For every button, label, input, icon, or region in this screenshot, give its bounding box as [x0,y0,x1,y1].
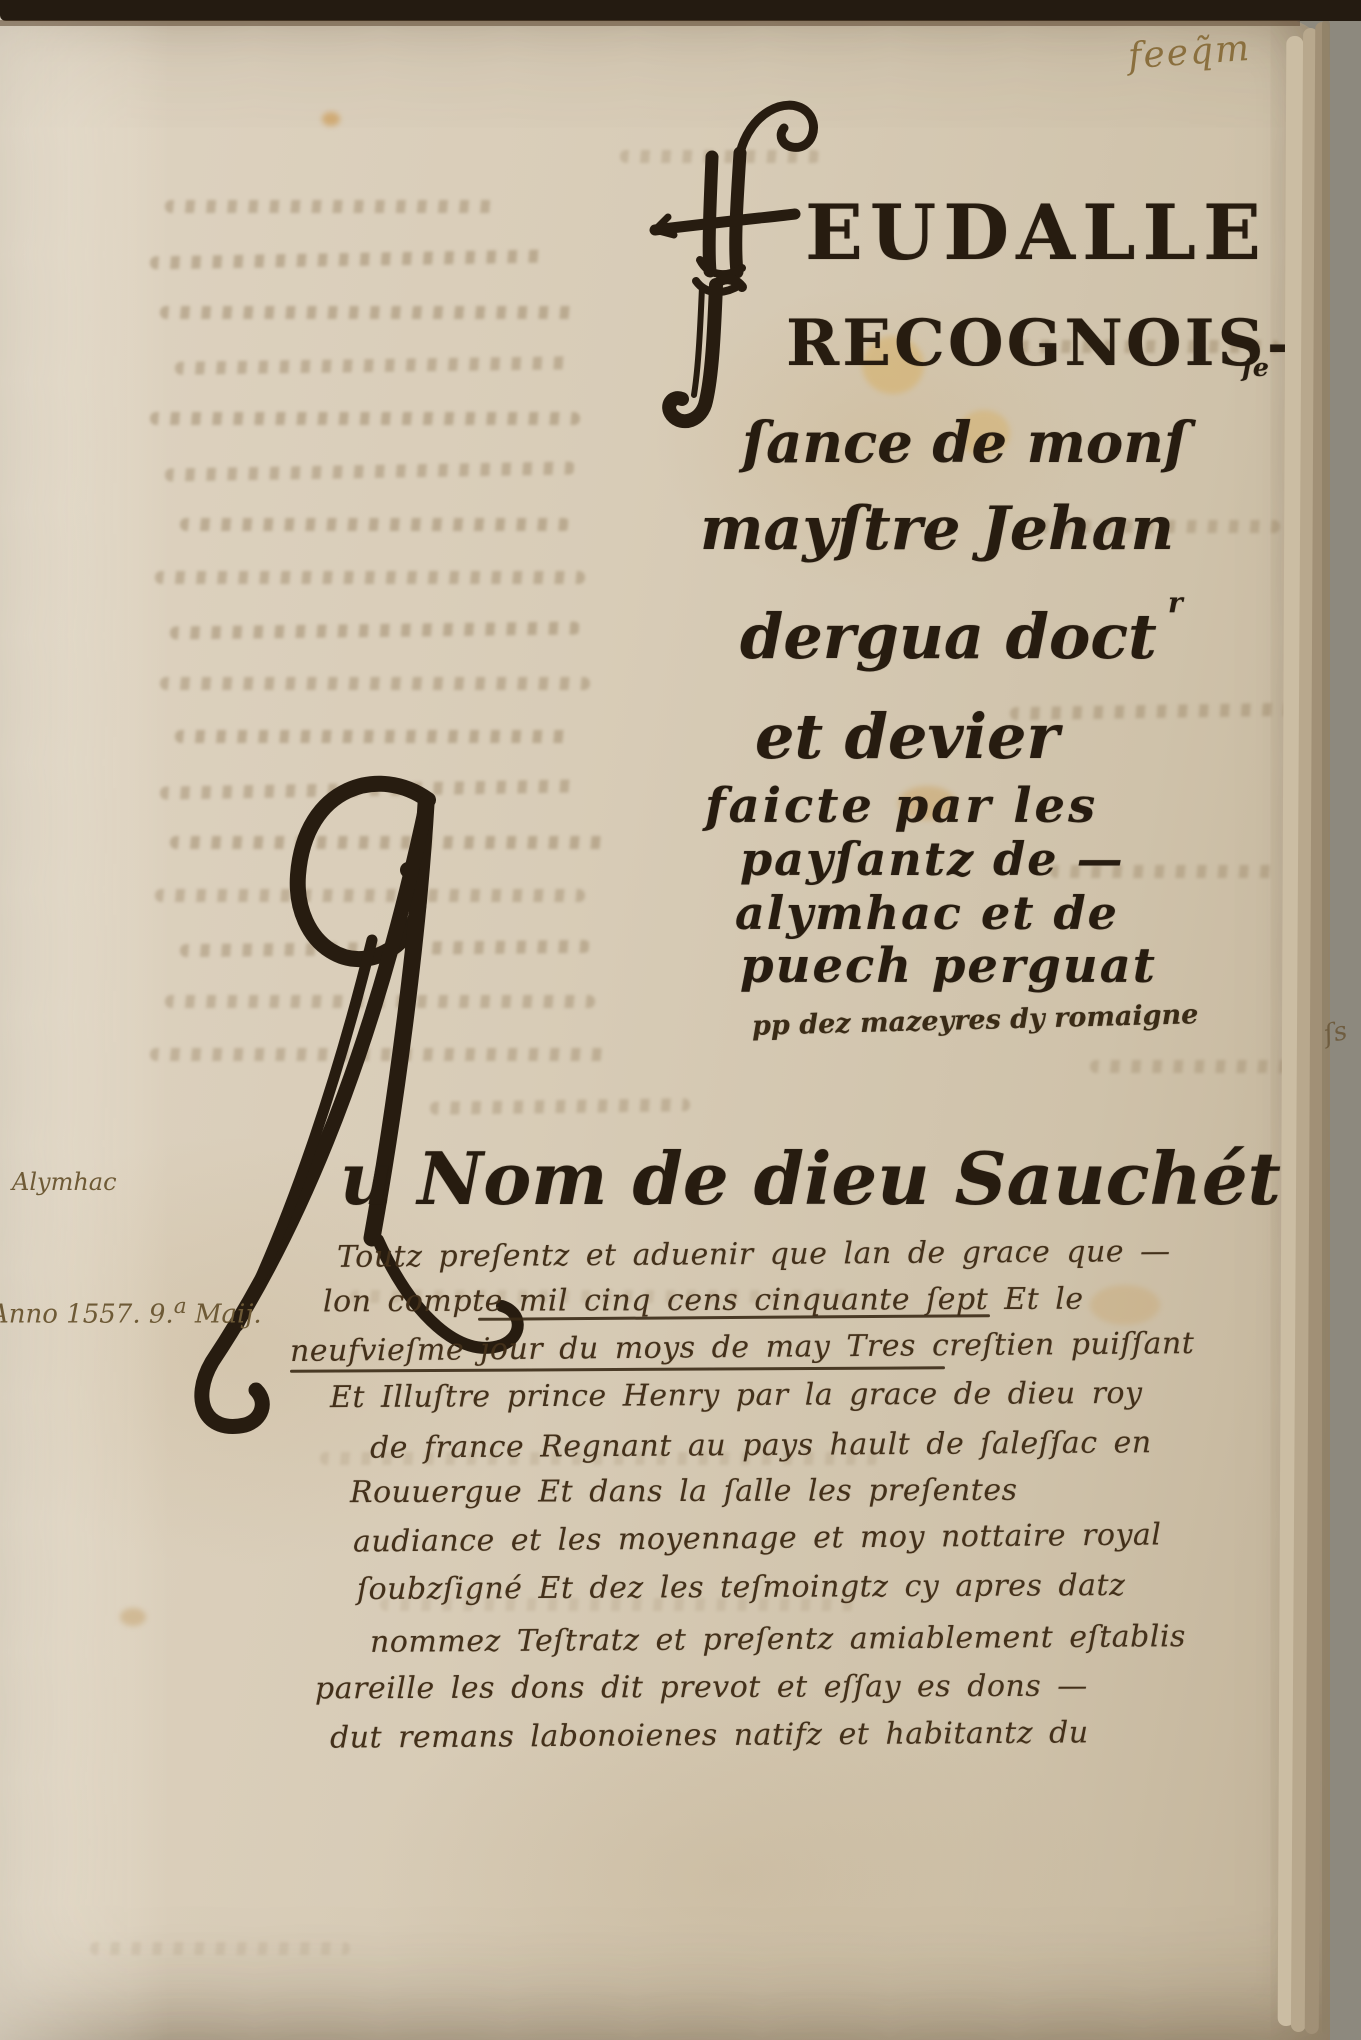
title-line-sance: ſance de monſ ſe [742,410,1188,476]
book-top-edge-shadow [0,20,1300,26]
show-through-text [165,200,495,213]
margin-note-date: Anno 1557. 9.a Maij. [0,1294,262,1330]
title-line-sance-text: ſance de monſ [742,410,1188,476]
body-line: pareille les dons dit prevot et eſſay es… [315,1669,1088,1707]
body-line: nommez Teſtratz et preſentz amiablement … [370,1619,1186,1660]
corner-inscription: feeq̃m [1127,28,1253,77]
title-line-et-devier: et devier [755,700,1059,773]
title-line-faicte: faicte par les [705,778,1098,834]
body-line: Et Illuſtre prince Henry par la grace de… [330,1376,1143,1415]
invocation-line: u Nom de dieu Sauchét [340,1136,1281,1221]
stain [322,112,340,126]
margin-note-place: Alymhac [12,1168,117,1196]
body-line: Toutz preſentz et aduenir que lan de gra… [337,1234,1171,1275]
show-through-text [160,306,580,319]
body-line: dut remans labonoienes natifz et habitan… [330,1715,1089,1755]
body-line: audiance et les moyennage et moy nottair… [353,1517,1162,1559]
title-line-dergua: dergua doct r [740,600,1157,673]
title-line-alymhac: alymhac et de [735,886,1119,940]
show-through-text [150,412,580,425]
manuscript-photo: EUDALLE RECOGNOIS— ſance de monſ ſe mayſ… [0,0,1361,2040]
title-line-dergua-text: dergua doct [740,600,1157,673]
stain [120,1608,146,1626]
margin-note-date-main: Anno 1557. 9. [0,1300,174,1330]
edge-mark: ſs [1321,1016,1350,1050]
show-through-text [180,518,570,531]
book-top-edge [0,0,1361,21]
abbreviation-superscript: ſe [1242,352,1269,382]
stain [1090,1285,1160,1325]
body-line: de france Regnant au pays hault de ſaleſ… [370,1425,1152,1465]
body-line: Rouuergue Et dans la ſalle les preſentes [350,1473,1018,1510]
show-through-text [160,677,590,690]
title-line-maystre: mayſtre Jehan [700,494,1174,564]
show-through-text [1090,1060,1300,1073]
show-through-text [175,730,575,743]
title-line-paysantz: payſantz de — [740,832,1125,886]
margin-note-date-end: Maij. [195,1300,262,1330]
show-through-text [90,1942,350,1955]
body-line: ſoubzſigné Et dez les teſmoingtz cy apre… [357,1568,1126,1607]
abbreviation-superscript: r [1168,586,1183,619]
show-through-text [155,571,585,584]
margin-note-date-sup: a [174,1294,187,1319]
title-line-feudalle: EUDALLE [805,188,1268,277]
title-line-puech: puech perguat [740,938,1157,994]
